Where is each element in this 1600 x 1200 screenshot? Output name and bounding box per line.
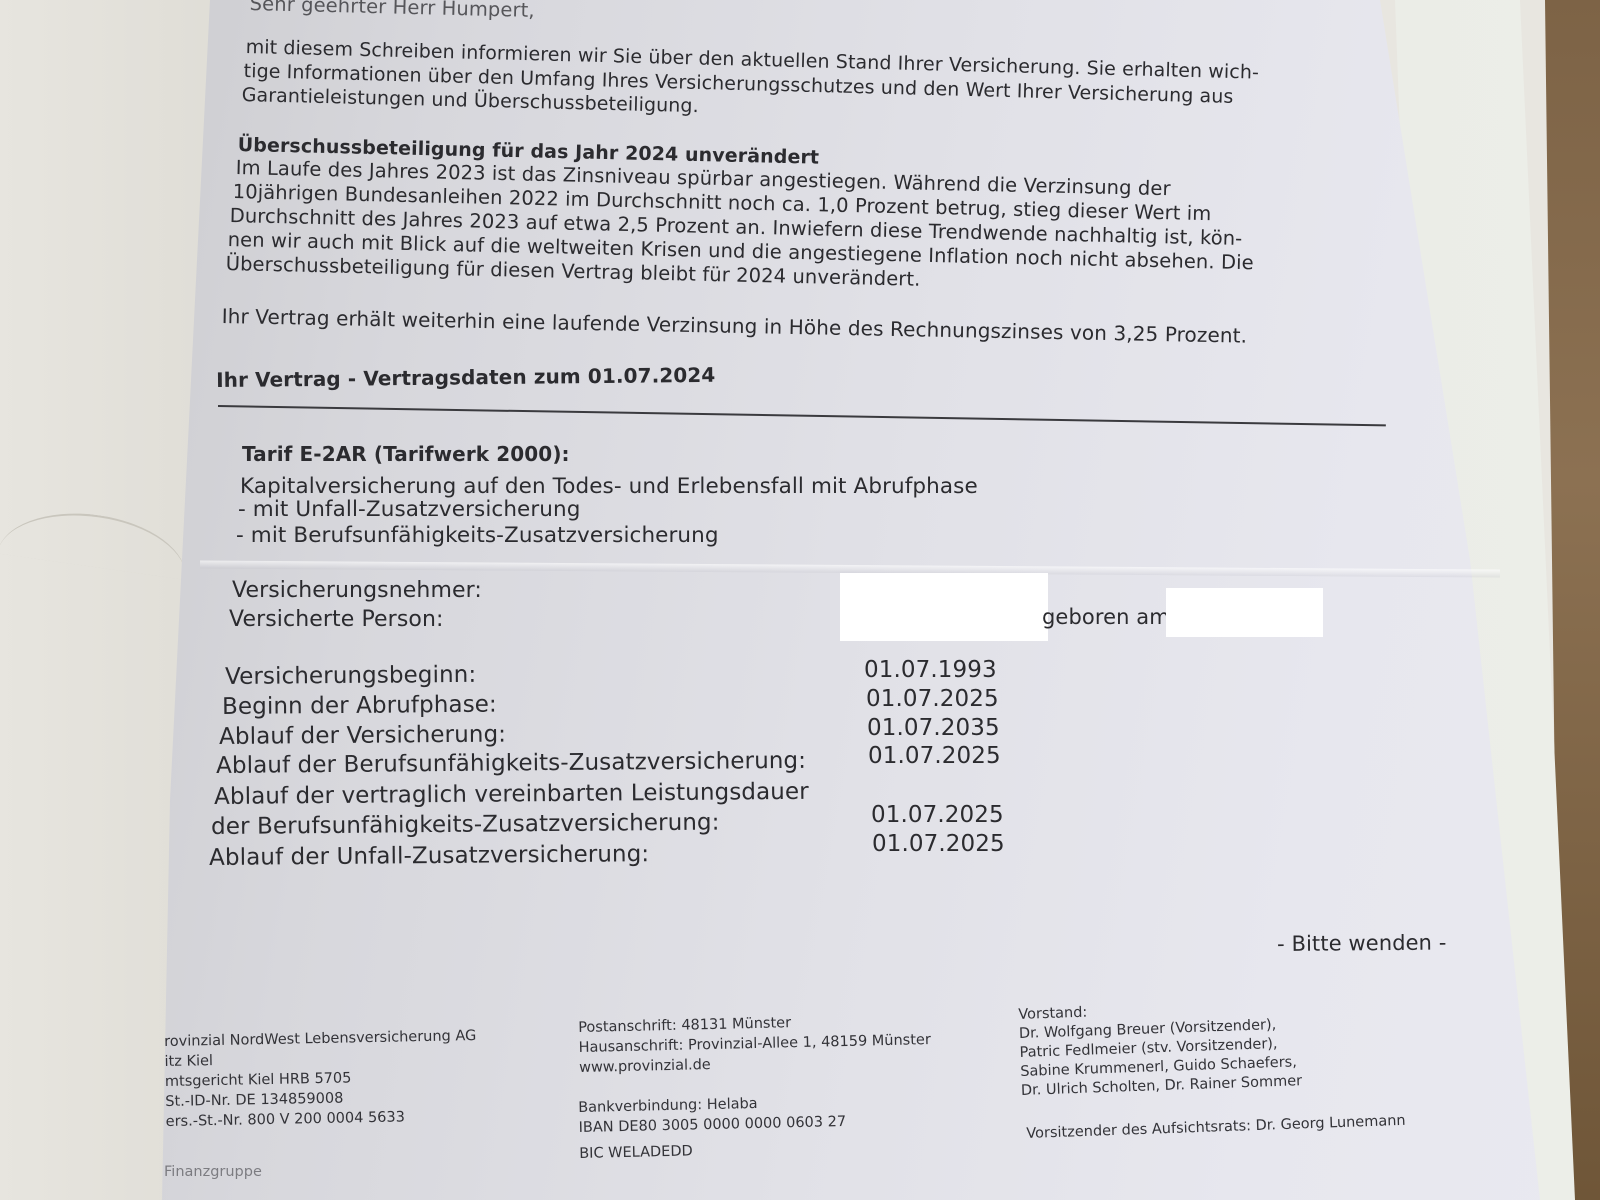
date-label: Versicherungsbeginn:	[225, 662, 476, 690]
redacted-name	[840, 573, 1048, 641]
footer-address: Postanschrift: 48131 Münster Hausanschri…	[578, 1010, 932, 1078]
date-label: Beginn der Abrufphase:	[222, 692, 497, 720]
interest-note: Ihr Vertrag erhält weiterhin eine laufen…	[222, 304, 1248, 348]
bic: BIC WELADEDD	[579, 1138, 847, 1164]
date-value: 01.07.2035	[867, 715, 1000, 741]
date-value: 01.07.2025	[866, 686, 999, 712]
policyholder-label: Versicherungsnehmer:	[232, 578, 482, 603]
date-value: 01.07.2025	[868, 743, 1001, 769]
page-turn-note: - Bitte wenden -	[1277, 931, 1447, 956]
tariff-title: Tarif E-2AR (Tarifwerk 2000):	[242, 442, 570, 466]
tariff-line: - mit Unfall-Zusatzversicherung	[238, 497, 581, 522]
date-value: 01.07.2025	[872, 831, 1005, 857]
footer-company-info: rovinzial NordWest Lebensversicherung AG…	[164, 1026, 478, 1132]
supervisory-board-chair: Vorsitzender des Aufsichtsrats: Dr. Geor…	[1026, 1111, 1406, 1144]
salutation: Sehr geehrter Herr Humpert,	[249, 0, 535, 22]
footer-company-extra: Finanzgruppe	[164, 1162, 262, 1182]
insured-person-label: Versicherte Person:	[229, 607, 444, 632]
section-divider	[218, 405, 1386, 426]
date-label: Ablauf der Berufsunfähigkeits-Zusatzvers…	[216, 748, 806, 779]
tariff-line: Kapitalversicherung auf den Todes- und E…	[240, 474, 978, 499]
date-value: 01.07.2025	[871, 802, 1004, 828]
date-label: Ablauf der Unfall-Zusatzversicherung:	[209, 841, 649, 871]
born-label: geboren am	[1042, 605, 1170, 629]
tariff-line: - mit Berufsunfähigkeits-Zusatzversicher…	[236, 523, 719, 548]
footer-bank: Bankverbindung: Helaba IBAN DE80 3005 00…	[578, 1092, 847, 1164]
footer-board: Vorstand: Dr. Wolfgang Breuer (Vorsitzen…	[1018, 996, 1302, 1101]
contract-heading: Ihr Vertrag - Vertragsdaten zum 01.07.20…	[216, 363, 716, 392]
redacted-birthdate	[1166, 588, 1323, 637]
letter-content: Sehr geehrter Herr Humpert, mit diesem S…	[0, 0, 1600, 1200]
date-value: 01.07.1993	[864, 657, 997, 683]
date-label: Ablauf der vertraglich vereinbarten Leis…	[214, 779, 809, 810]
date-label: der Berufsunfähigkeits-Zusatzversicherun…	[211, 810, 720, 840]
date-label: Ablauf der Versicherung:	[219, 721, 506, 750]
